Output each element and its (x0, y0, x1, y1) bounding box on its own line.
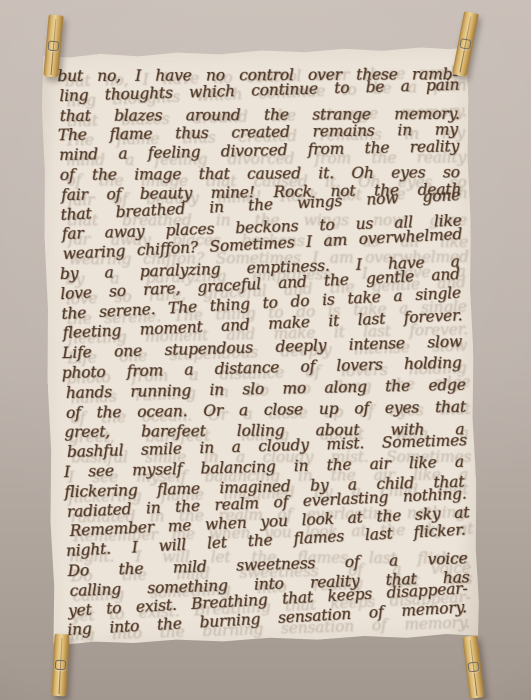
clothespin-wire (55, 660, 66, 671)
clothespin-wire (460, 38, 472, 50)
handwritten-page: but no, I have no control over these ram… (40, 46, 480, 647)
photo-scene: but no, I have no control over these ram… (0, 0, 531, 700)
clothespin-wire (48, 41, 59, 52)
handwriting-text: but no, I have no control over these ram… (40, 46, 480, 642)
clothespin-wire (468, 661, 479, 672)
